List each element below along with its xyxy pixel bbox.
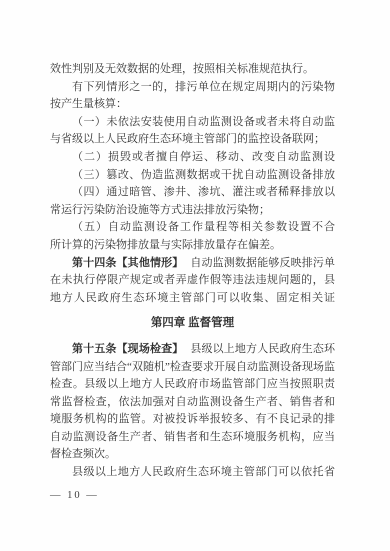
document-body: 效性判别及无效数据的处理，按照相关标准规范执行。 有下列情形之一的，排污单位在规… <box>50 61 335 482</box>
text-line: （三）篡改、伪造监测数据或干扰自动监测设备排放污染物； <box>50 167 335 185</box>
chapter-heading: 第四章 监督管理 <box>50 315 335 333</box>
text-line: 督检查频次。 <box>50 446 335 464</box>
article-14-label: 第十四条【其他情形】 <box>72 257 183 269</box>
text-line: 有下列情形之一的，排污单位在规定周期内的污染物排放量 <box>50 79 335 97</box>
text-line: 管部门应当结合“双随机”检查要求开展自动监测设备现场监督 <box>50 359 335 377</box>
text-line: 所计算的污染物排放量与实际排放量存在偏差。 <box>50 237 335 255</box>
text-line: （二）损毁或者擅自停运、移动、改变自动监测设备； <box>50 149 335 167</box>
article-15-label: 第十五条【现场检查】 <box>72 343 183 355</box>
text-line-article-14: 第十四条【其他情形】自动监测数据能够反映排污单位存 <box>50 255 335 273</box>
text-line: 在未执行停限产规定或者弄虚作假等违法违规问题的，县级以上 <box>50 272 335 290</box>
page-number: — 10 — <box>50 490 99 501</box>
text-line: 与省级以上人民政府生态环境主管部门的监控设备联网； <box>50 131 335 149</box>
text-line: 境服务机构的监管。对被投诉举报较多、有不良记录的排污单位、 <box>50 411 335 429</box>
text-line: 效性判别及无效数据的处理，按照相关标准规范执行。 <box>50 61 335 79</box>
text-line-article-15: 第十五条【现场检查】县级以上地方人民政府生态环境主 <box>50 341 335 359</box>
text-line: 常监督检查，依法加强对自动监测设备生产者、销售者和生态环 <box>50 394 335 412</box>
text-line: 自动监测设备生产者、销售者和生态环境服务机构，应当增加监 <box>50 429 335 447</box>
document-page: 效性判别及无效数据的处理，按照相关标准规范执行。 有下列情形之一的，排污单位在规… <box>0 0 390 551</box>
text-line: （一）未依法安装使用自动监测设备或者未将自动监测设备 <box>50 114 335 132</box>
text-line: （五）自动监测设备工作量程等相关参数设置不合理，导致 <box>50 219 335 237</box>
text-line: 地方人民政府生态环境主管部门可以收集、固定相关证据。 <box>50 290 335 308</box>
text-line: （四）通过暗管、渗井、渗坑、灌注或者稀释排放以及不正 <box>50 184 335 202</box>
text-line: 常运行污染防治设施等方式违法排放污染物； <box>50 202 335 220</box>
text-line: 县级以上地方人民政府生态环境主管部门可以依托省级以 <box>50 464 335 482</box>
text-line: 检查。县级以上地方人民政府市场监管部门应当按照职责开展日 <box>50 376 335 394</box>
text-line: 按产生量核算： <box>50 96 335 114</box>
